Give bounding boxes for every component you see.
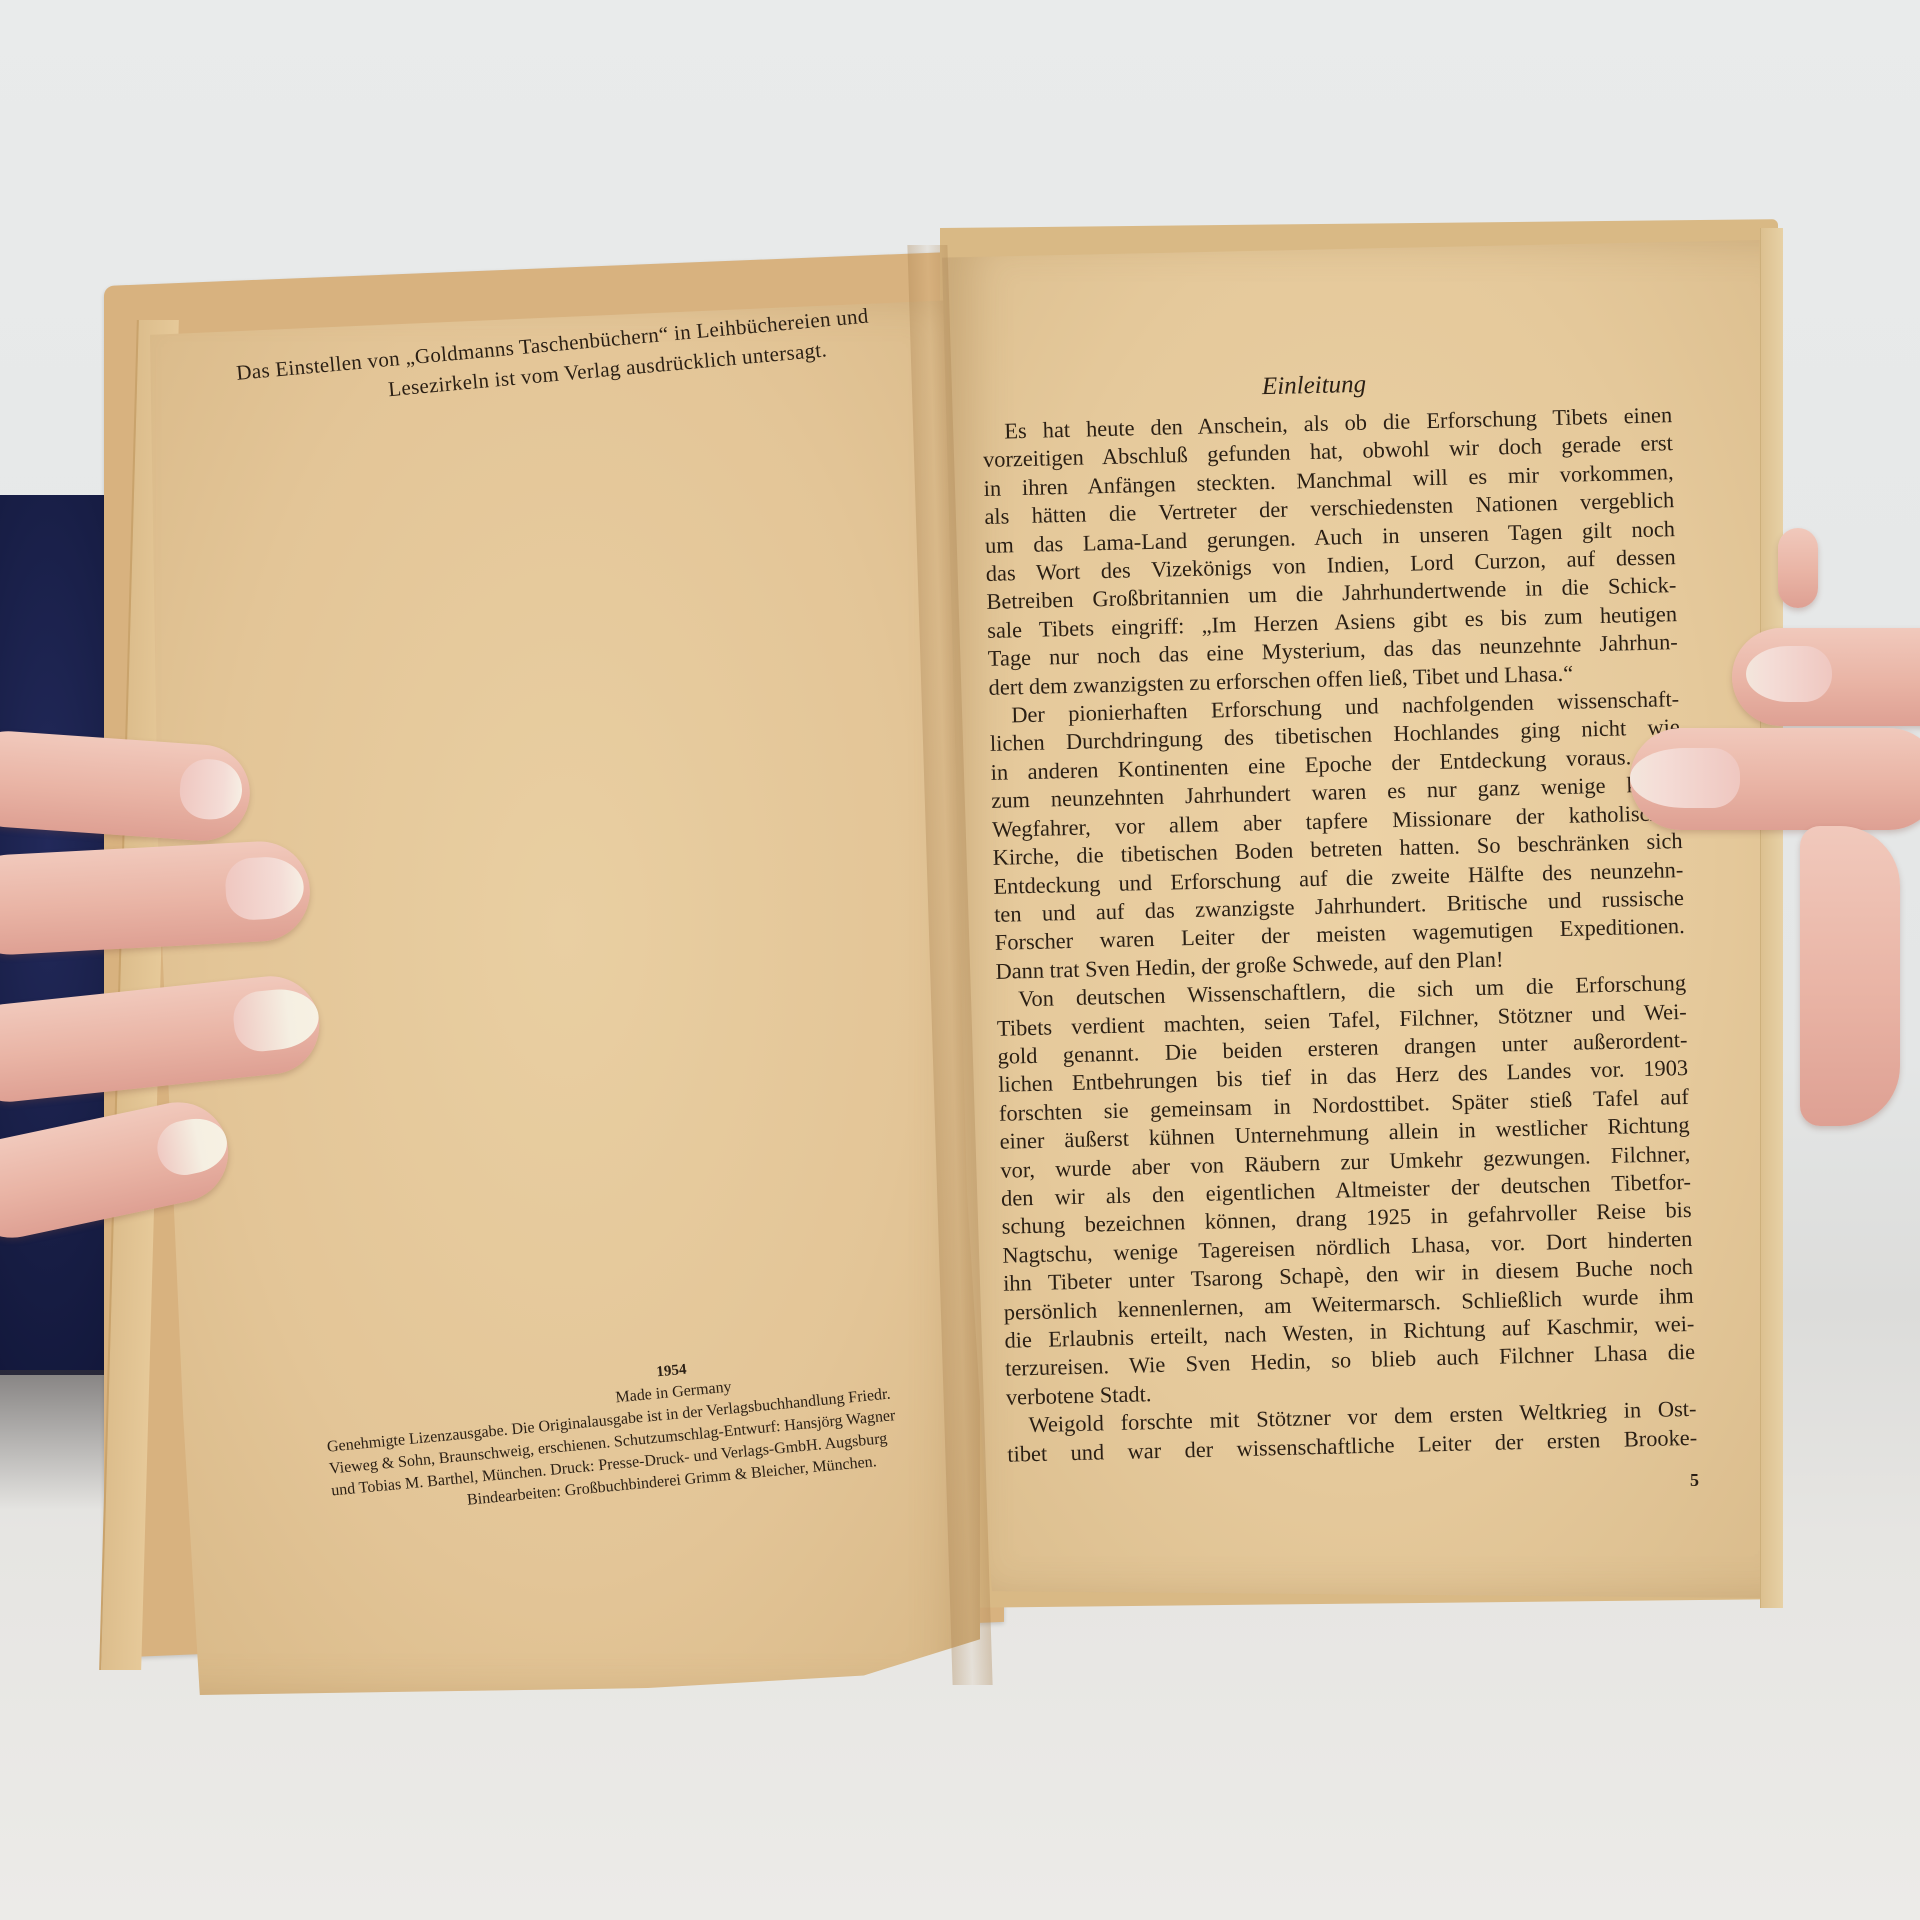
left-hand-finger-2 xyxy=(0,839,312,957)
body-text: Es hat heute den Anschein, als ob die Er… xyxy=(982,401,1697,1469)
fingernail xyxy=(1630,748,1740,808)
fingernail xyxy=(178,757,244,821)
right-hand-fingertip-top xyxy=(1778,528,1818,608)
photo-scene: Das Einstellen von „Goldmanns Taschenbüc… xyxy=(0,0,1920,1920)
right-hand-finger-2 xyxy=(1630,728,1920,830)
fingernail xyxy=(1746,646,1832,702)
right-hand-finger-1 xyxy=(1732,628,1920,726)
page-number: 5 xyxy=(1690,1470,1699,1491)
right-page-stack-edge xyxy=(1760,228,1783,1608)
chapter-title: Einleitung xyxy=(1262,371,1367,401)
right-hand-finger-3 xyxy=(1800,826,1900,1126)
fingernail xyxy=(224,855,305,921)
fingernail xyxy=(231,985,322,1054)
